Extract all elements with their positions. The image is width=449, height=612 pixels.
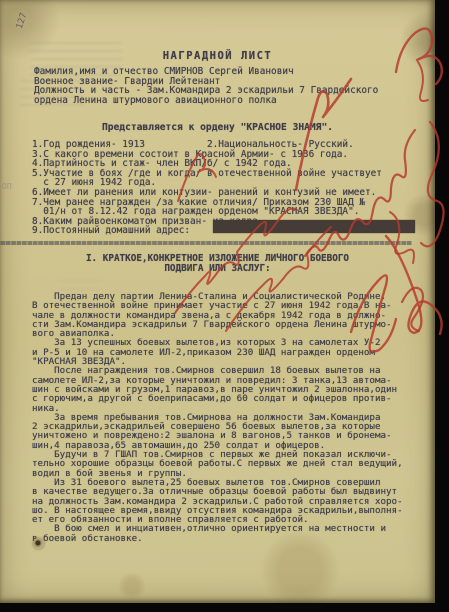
dashed-separator: ========================================… <box>0 239 435 249</box>
redaction-bar <box>213 220 415 233</box>
personal-info-block: Фамилия,имя и отчество СМИРНОВ Сергей Ив… <box>34 67 378 105</box>
award-presentation-line: Представляется к ордену "КРАСНОЕ ЗНАМЯ". <box>0 122 435 133</box>
text-line: ПОДВИГА ИЛИ ЗАСЛУГ: <box>0 264 435 274</box>
text-line: в боевой обстановке. <box>32 534 403 543</box>
text-line: ордена Ленина штурмового авиационного по… <box>34 96 378 106</box>
section-heading: I. КРАТКОЕ,КОНКРЕТНОЕ ИЗЛОЖЕНИЕ ЛИЧНОГО … <box>0 254 435 273</box>
paper-sheet: 127 ОП НАГРАДНОЙ ЛИСТ Фамилия,имя и отче… <box>0 0 435 603</box>
citation-body-text: Предан делу партии Ленина-Сталина и Соци… <box>32 292 403 543</box>
page-number: 127 <box>15 12 30 31</box>
punch-hole-mark <box>33 538 44 549</box>
text-line: с горючим,а другой с боеприпасами,до 60 … <box>32 394 403 403</box>
ink-bleed-through <box>60 278 100 290</box>
margin-stamp: ОП <box>2 182 12 191</box>
scanned-award-document: 127 ОП НАГРАДНОЙ ЛИСТ Фамилия,имя и отче… <box>0 0 449 612</box>
document-title: НАГРАДНОЙ ЛИСТ <box>0 50 435 62</box>
